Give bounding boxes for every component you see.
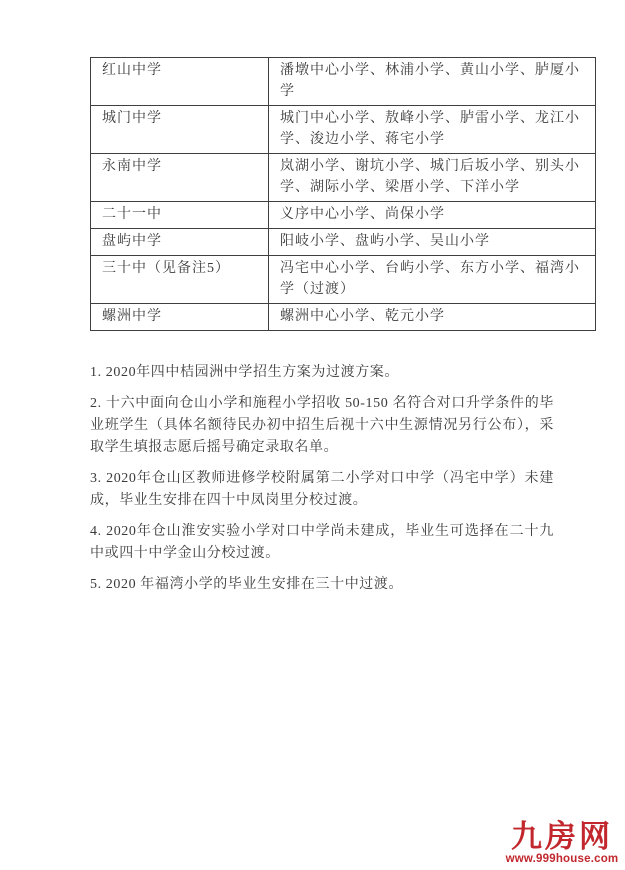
middle-school-cell: 二十一中 [91, 202, 269, 229]
primary-schools-cell: 冯宅中心小学、台屿小学、东方小学、福湾小学（过渡） [269, 256, 596, 304]
school-mapping-table: 红山中学 潘墩中心小学、林浦小学、黄山小学、胪厦小学 城门中学 城门中心小学、敖… [90, 57, 596, 331]
table-row: 二十一中 义序中心小学、尚保小学 [91, 202, 596, 229]
middle-school-cell: 螺洲中学 [91, 304, 269, 331]
note-item-4: 4. 2020年仓山淮安实验小学对口中学尚未建成，毕业生可选择在二十九中或四十中… [90, 521, 554, 565]
note-item-5: 5. 2020 年福湾小学的毕业生安排在三十中过渡。 [90, 574, 554, 596]
table-row: 盘屿中学 阳岐小学、盘屿小学、吴山小学 [91, 229, 596, 256]
note-item-2: 2. 十六中面向仓山小学和施程小学招收 50-150 名符合对口升学条件的毕业班… [90, 393, 554, 459]
primary-schools-cell: 城门中心小学、敖峰小学、胪雷小学、龙江小学、浚边小学、蒋宅小学 [269, 106, 596, 154]
site-url-text: www.999house.com [501, 853, 623, 866]
middle-school-cell: 红山中学 [91, 58, 269, 106]
primary-schools-cell: 潘墩中心小学、林浦小学、黄山小学、胪厦小学 [269, 58, 596, 106]
middle-school-cell: 永南中学 [91, 154, 269, 202]
site-watermark: 九房网 www.999house.com [501, 820, 623, 866]
primary-schools-cell: 阳岐小学、盘屿小学、吴山小学 [269, 229, 596, 256]
table-row: 永南中学 岚湖小学、谢坑小学、城门后坂小学、别头小学、湖际小学、梁厝小学、下洋小… [91, 154, 596, 202]
middle-school-cell: 三十中（见备注5） [91, 256, 269, 304]
table-row: 红山中学 潘墩中心小学、林浦小学、黄山小学、胪厦小学 [91, 58, 596, 106]
note-item-1: 1. 2020年四中桔园洲中学招生方案为过渡方案。 [90, 362, 554, 384]
table-row: 城门中学 城门中心小学、敖峰小学、胪雷小学、龙江小学、浚边小学、蒋宅小学 [91, 106, 596, 154]
notes-section: 1. 2020年四中桔园洲中学招生方案为过渡方案。 2. 十六中面向仓山小学和施… [90, 362, 554, 605]
site-logo-text: 九房网 [501, 820, 623, 853]
note-item-3: 3. 2020年仓山区教师进修学校附属第二小学对口中学（冯宅中学）未建成，毕业生… [90, 468, 554, 512]
document-page: 红山中学 潘墩中心小学、林浦小学、黄山小学、胪厦小学 城门中学 城门中心小学、敖… [0, 0, 625, 870]
primary-schools-cell: 义序中心小学、尚保小学 [269, 202, 596, 229]
primary-schools-cell: 螺洲中心小学、乾元小学 [269, 304, 596, 331]
table-row: 螺洲中学 螺洲中心小学、乾元小学 [91, 304, 596, 331]
primary-schools-cell: 岚湖小学、谢坑小学、城门后坂小学、别头小学、湖际小学、梁厝小学、下洋小学 [269, 154, 596, 202]
middle-school-cell: 盘屿中学 [91, 229, 269, 256]
middle-school-cell: 城门中学 [91, 106, 269, 154]
table-row: 三十中（见备注5） 冯宅中心小学、台屿小学、东方小学、福湾小学（过渡） [91, 256, 596, 304]
